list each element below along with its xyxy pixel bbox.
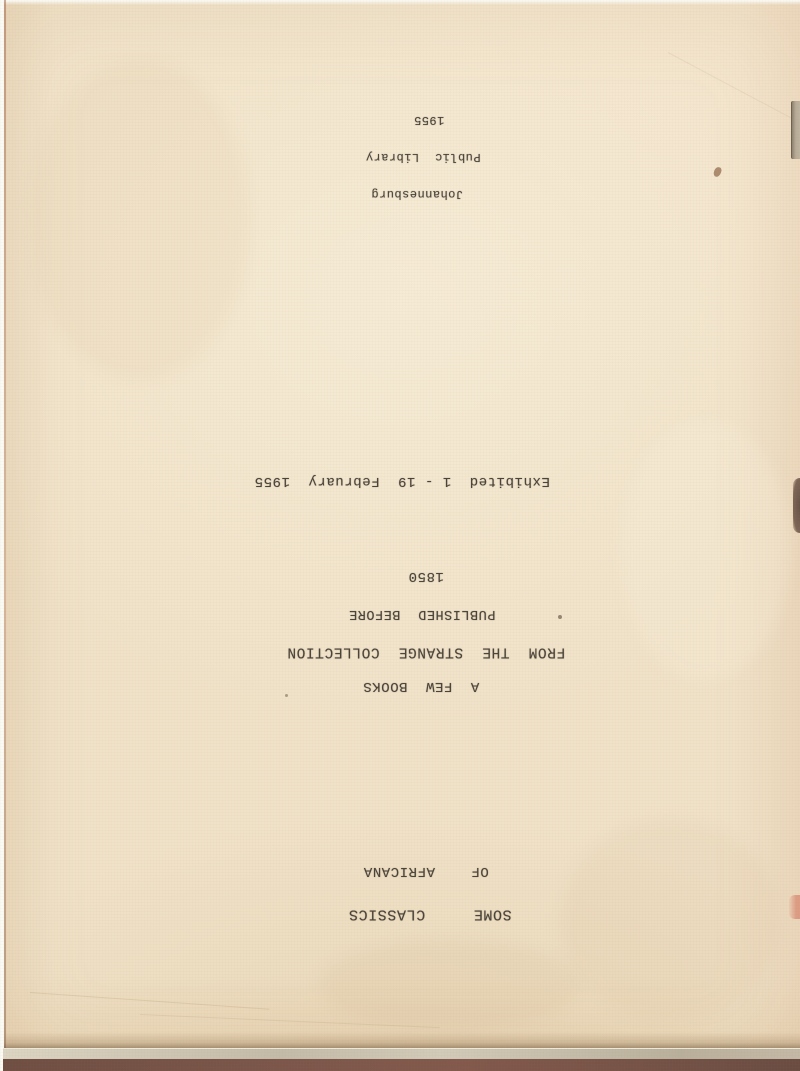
page-edge-tab — [791, 101, 800, 159]
paper-stain — [30, 60, 250, 380]
main-title-line2-text: OF AFRICANA — [363, 864, 488, 878]
paper-stain — [560, 820, 780, 1020]
page-left-crease — [4, 0, 6, 1071]
paper-highlight-patch — [620, 420, 790, 680]
subtitle-line3-text: PUBLISHED BEFORE — [349, 606, 496, 620]
paper-crease-line — [30, 992, 269, 1010]
scan-top-edge — [0, 0, 800, 5]
subtitle-line2-text: FROM THE STRANGE COLLECTION — [287, 644, 565, 659]
page-bottom-shadow — [4, 1032, 800, 1048]
paper-crease-line — [668, 52, 800, 123]
paper-crease-line — [140, 1014, 440, 1028]
ink-speck — [285, 694, 288, 697]
subtitle-year-text: 1850 — [408, 569, 444, 583]
exhibition-note-text: Exhibited 1 - 19 February 1955 — [254, 474, 550, 488]
main-title-line1-text: SOME CLASSICS — [348, 907, 511, 922]
page-edge-pink-sliver — [789, 895, 800, 919]
scanned-document-page: 1955 Public Library Johannesburg Exhibit… — [0, 0, 800, 1071]
paper-stain — [320, 940, 580, 1030]
ink-speck — [713, 166, 723, 178]
binding-strip — [3, 1059, 800, 1071]
ink-speck — [558, 615, 562, 619]
subtitle-line1-text: A FEW BOOKS — [363, 679, 480, 693]
imprint-year-text: 1955 — [414, 114, 445, 126]
imprint-institution-text: Public Library — [365, 151, 480, 163]
imprint-city-text: Johannesburg — [371, 188, 463, 200]
page-edge-smudge — [793, 478, 800, 533]
